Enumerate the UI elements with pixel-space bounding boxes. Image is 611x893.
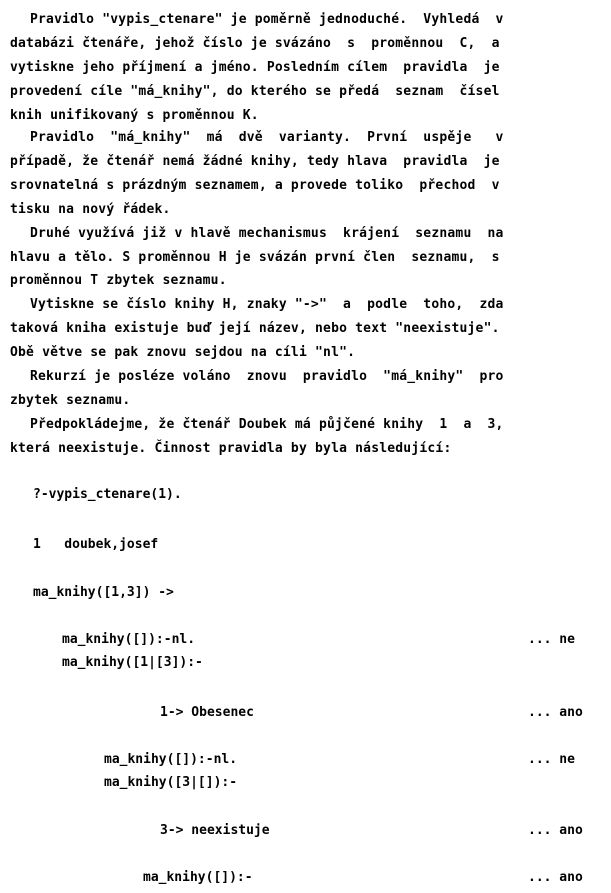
trace-call: ma_knihy([1,3]) -> [33,585,174,601]
trace-step-goal: 1-> Obesenec [160,705,254,721]
trace-step-result: ... ano [528,870,583,886]
trace-step-goal: ma_knihy([]):- [143,870,253,886]
paragraph-3-line-1: Druhé využívá již v hlavě mechanismus kr… [30,226,600,242]
paragraph-1-line-2: databázi čtenáře, jehož číslo je svázáno… [10,36,600,52]
paragraph-4-line-3: Obě větve se pak znovu sejdou na cíli "n… [10,345,600,361]
trace-step-result: ... ne [528,632,575,648]
trace-query: ?-vypis_ctenare(1). [33,487,182,503]
paragraph-1-line-1: Pravidlo "vypis_ctenare" je poměrně jedn… [30,12,600,28]
paragraph-5-line-1: Rekurzí je posléze voláno znovu pravidlo… [30,369,600,385]
paragraph-6-line-1: Předpokládejme, že čtenář Doubek má půjč… [30,417,600,433]
paragraph-2-line-4: tisku na nový řádek. [10,202,600,218]
trace-step-goal: ma_knihy([3|[]):- [104,775,237,791]
paragraph-3-line-2: hlavu a tělo. S proměnnou H je svázán pr… [10,250,600,266]
paragraph-1-line-3: vytiskne jeho příjmení a jméno. Poslední… [10,60,600,76]
trace-step-goal: ma_knihy([]):-nl. [104,752,237,768]
paragraph-4-line-2: taková kniha existuje buď její název, ne… [10,321,600,337]
paragraph-2-line-3: srovnatelná s prázdným seznamem, a prove… [10,178,600,194]
trace-step-goal: 3-> neexistuje [160,823,270,839]
paragraph-6-line-2: která neexistuje. Činnost pravidla by by… [10,441,600,457]
paragraph-4-line-1: Vytiskne se číslo knihy H, znaky "->" a … [30,297,600,313]
document-page: Pravidlo "vypis_ctenare" je poměrně jedn… [0,0,611,893]
paragraph-1-line-4: provedení cíle "má_knihy", do kterého se… [10,84,600,100]
trace-step-goal: ma_knihy([]):-nl. [62,632,195,648]
trace-step-result: ... ne [528,752,575,768]
paragraph-5-line-2: zbytek seznamu. [10,393,600,409]
trace-step-result: ... ano [528,705,583,721]
paragraph-1-line-5: knih unifikovaný s proměnnou K. [10,108,600,124]
paragraph-2-line-2: případě, že čtenář nemá žádné knihy, ted… [10,154,600,170]
trace-step-goal: ma_knihy([1|[3]):- [62,655,203,671]
trace-reader-output: 1 doubek,josef [33,537,158,553]
paragraph-3-line-3: proměnnou T zbytek seznamu. [10,273,600,289]
trace-step-result: ... ano [528,823,583,839]
paragraph-2-line-1: Pravidlo "má_knihy" má dvě varianty. Prv… [30,130,600,146]
